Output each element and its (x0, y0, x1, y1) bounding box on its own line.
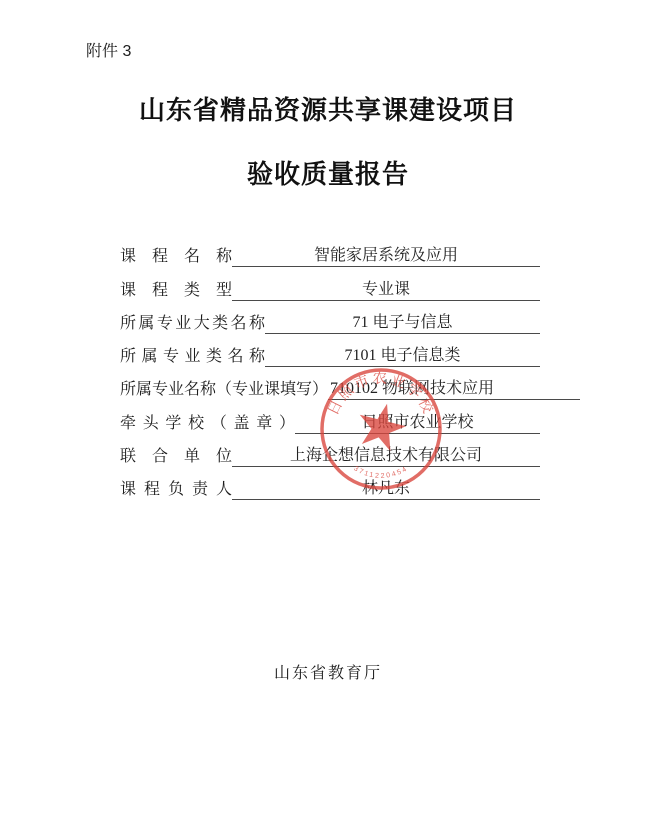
field-label-major-category: 所属专业大类名称 (120, 310, 265, 334)
field-label-joint-unit: 联合单位 (120, 443, 232, 467)
field-value-major-name: 710102 物联网技术应用 (328, 375, 580, 400)
field-label-major-class: 所属专业类名称 (120, 343, 265, 367)
field-value-major-category: 71 电子与信息 (265, 309, 540, 334)
field-label-course-leader: 课程负责人 (120, 476, 232, 500)
report-title-line2: 验收质量报告 (0, 154, 656, 191)
field-row-course-type: 课程类型 专业课 (120, 267, 540, 300)
field-row-major-class: 所属专业类名称 7101 电子信息类 (120, 334, 540, 367)
issuing-department: 山东省教育厅 (0, 660, 656, 683)
field-label-course-type: 课程类型 (120, 277, 232, 301)
field-row-course-leader: 课程负责人 林凡东 (120, 467, 540, 500)
field-label-course-name: 课程名称 (120, 243, 232, 267)
field-value-course-type: 专业课 (232, 276, 540, 301)
field-value-lead-school: 日照市农业学校 (295, 409, 540, 434)
field-row-joint-unit: 联合单位 上海企想信息技术有限公司 (120, 434, 540, 467)
report-title-line1: 山东省精品资源共享课建设项目 (0, 90, 656, 127)
field-label-lead-school: 牵头学校（盖章） (120, 410, 295, 434)
field-row-course-name: 课程名称 智能家居系统及应用 (120, 234, 540, 267)
report-form: 课程名称 智能家居系统及应用 课程类型 专业课 所属专业大类名称 71 电子与信… (120, 234, 540, 500)
field-label-major-name: 所属专业名称（专业课填写） (120, 376, 328, 400)
field-value-major-class: 7101 电子信息类 (265, 342, 540, 367)
attachment-label: 附件 3 (86, 38, 131, 61)
field-value-course-leader: 林凡东 (232, 475, 540, 500)
field-value-course-name: 智能家居系统及应用 (232, 242, 540, 267)
field-row-lead-school: 牵头学校（盖章） 日照市农业学校 (120, 400, 540, 433)
field-row-major-category: 所属专业大类名称 71 电子与信息 (120, 301, 540, 334)
field-value-joint-unit: 上海企想信息技术有限公司 (232, 442, 540, 467)
field-row-major-name: 所属专业名称（专业课填写） 710102 物联网技术应用 (120, 367, 580, 400)
